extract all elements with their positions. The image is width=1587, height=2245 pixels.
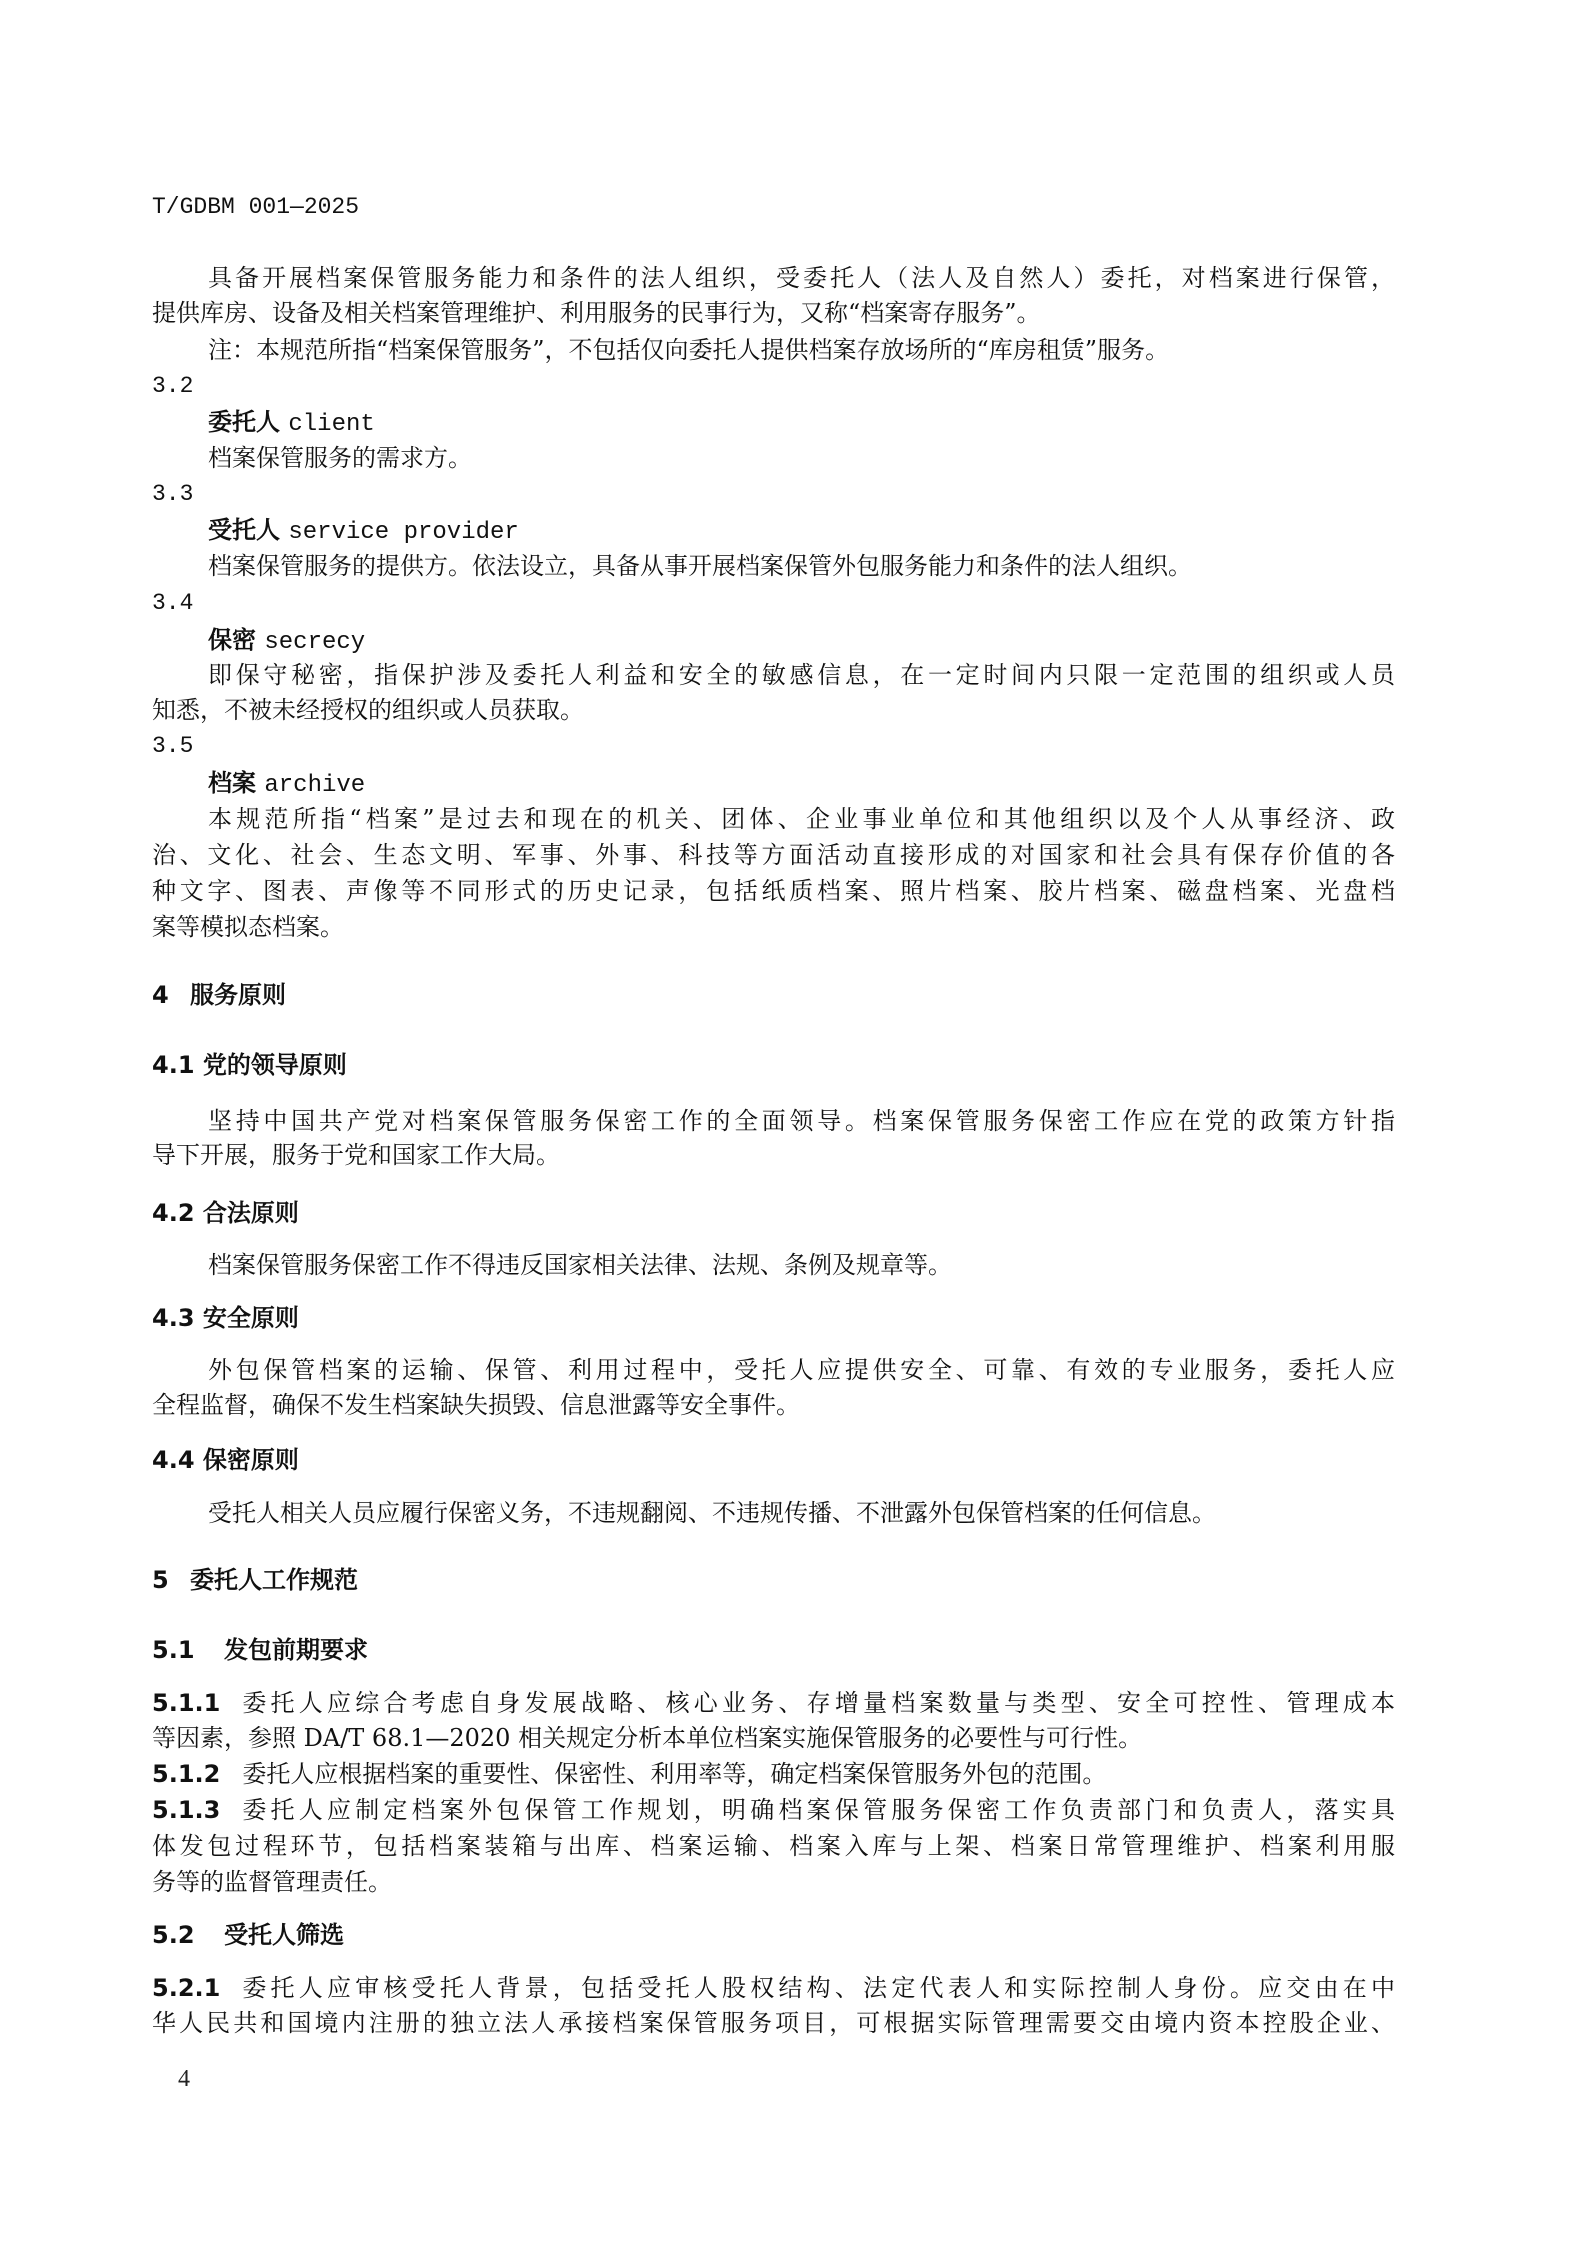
section-heading: 5委托人工作规范 [152, 1565, 358, 1595]
term-definition: 知悉，不被未经授权的组织或人员获取。 [152, 695, 584, 725]
page-number: 4 [178, 2066, 190, 2093]
term-number: 3.5 [152, 731, 193, 761]
standard-code-header: T/GDBM 001—2025 [152, 192, 359, 222]
paragraph-line: 全程监督，确保不发生档案缺失损毁、信息泄露等安全事件。 [152, 1390, 800, 1420]
clause-line: 华人民共和国境内注册的独立法人承接档案保管服务项目，可根据实际管理需要交由境内资… [152, 2008, 1395, 2038]
subsection-heading: 4.4 保密原则 [152, 1445, 299, 1475]
subsection-heading: 4.1 党的领导原则 [152, 1050, 347, 1080]
note-text: 注：本规范所指“档案保管服务”，不包括仅向委托人提供档案存放场所的“库房租赁”服… [208, 335, 1169, 365]
clause-line: 5.1.3委托人应制定档案外包保管工作规划，明确档案保管服务保密工作负责部门和负… [152, 1795, 1395, 1825]
paragraph-line: 具备开展档案保管服务能力和条件的法人组织，受委托人（法人及自然人）委托，对档案进… [208, 263, 1395, 293]
term-number: 3.4 [152, 588, 193, 618]
term-definition: 本规范所指“档案”是过去和现在的机关、团体、企业事业单位和其他组织以及个人从事经… [208, 804, 1395, 834]
clause-line: 5.2.1委托人应审核受托人背景，包括受托人股权结构、法定代表人和实际控制人身份… [152, 1973, 1395, 2003]
term-definition: 即保守秘密，指保护涉及委托人利益和安全的敏感信息，在一定时间内只限一定范围的组织… [208, 660, 1395, 690]
term-definition: 档案保管服务的需求方。 [208, 443, 472, 473]
term-definition: 种文字、图表、声像等不同形式的历史记录，包括纸质档案、照片档案、胶片档案、磁盘档… [152, 876, 1395, 906]
subsection-heading: 5.2受托人筛选 [152, 1920, 344, 1950]
paragraph-line: 提供库房、设备及相关档案管理维护、利用服务的民事行为，又称“档案寄存服务”。 [152, 298, 1041, 328]
subsection-heading: 4.2 合法原则 [152, 1198, 299, 1228]
term-definition: 档案保管服务的提供方。依法设立，具备从事开展档案保管外包服务能力和条件的法人组织… [208, 551, 1192, 581]
clause-line: 务等的监督管理责任。 [152, 1867, 392, 1897]
subsection-heading: 4.3 安全原则 [152, 1303, 299, 1333]
clause-line: 等因素，参照 DA/T 68.1—2020 相关规定分析本单位档案实施保管服务的… [152, 1723, 1142, 1753]
term-heading: 受托人 service provider [208, 515, 519, 548]
clause-line: 5.1.1委托人应综合考虑自身发展战略、核心业务、存增量档案数量与类型、安全可控… [152, 1688, 1395, 1718]
term-heading: 委托人 client [208, 407, 375, 440]
paragraph-line: 导下开展，服务于党和国家工作大局。 [152, 1140, 560, 1170]
term-definition: 治、文化、社会、生态文明、军事、外事、科技等方面活动直接形成的对国家和社会具有保… [152, 840, 1395, 870]
clause-line: 5.1.2委托人应根据档案的重要性、保密性、利用率等，确定档案保管服务外包的范围… [152, 1759, 1106, 1789]
term-number: 3.3 [152, 479, 193, 509]
paragraph-line: 受托人相关人员应履行保密义务，不违规翻阅、不违规传播、不泄露外包保管档案的任何信… [208, 1498, 1216, 1528]
subsection-heading: 5.1发包前期要求 [152, 1635, 368, 1665]
term-heading: 保密 secrecy [208, 625, 365, 658]
document-page: T/GDBM 001—2025 具备开展档案保管服务能力和条件的法人组织，受委托… [0, 0, 1587, 2245]
paragraph-line: 外包保管档案的运输、保管、利用过程中，受托人应提供安全、可靠、有效的专业服务，委… [208, 1355, 1395, 1385]
term-heading: 档案 archive [208, 768, 365, 801]
term-number: 3.2 [152, 371, 193, 401]
section-heading: 4服务原则 [152, 980, 286, 1010]
clause-line: 体发包过程环节，包括档案装箱与出库、档案运输、档案入库与上架、档案日常管理维护、… [152, 1831, 1395, 1861]
paragraph-line: 坚持中国共产党对档案保管服务保密工作的全面领导。档案保管服务保密工作应在党的政策… [208, 1106, 1395, 1136]
paragraph-line: 档案保管服务保密工作不得违反国家相关法律、法规、条例及规章等。 [208, 1250, 952, 1280]
term-definition: 案等模拟态档案。 [152, 912, 344, 942]
